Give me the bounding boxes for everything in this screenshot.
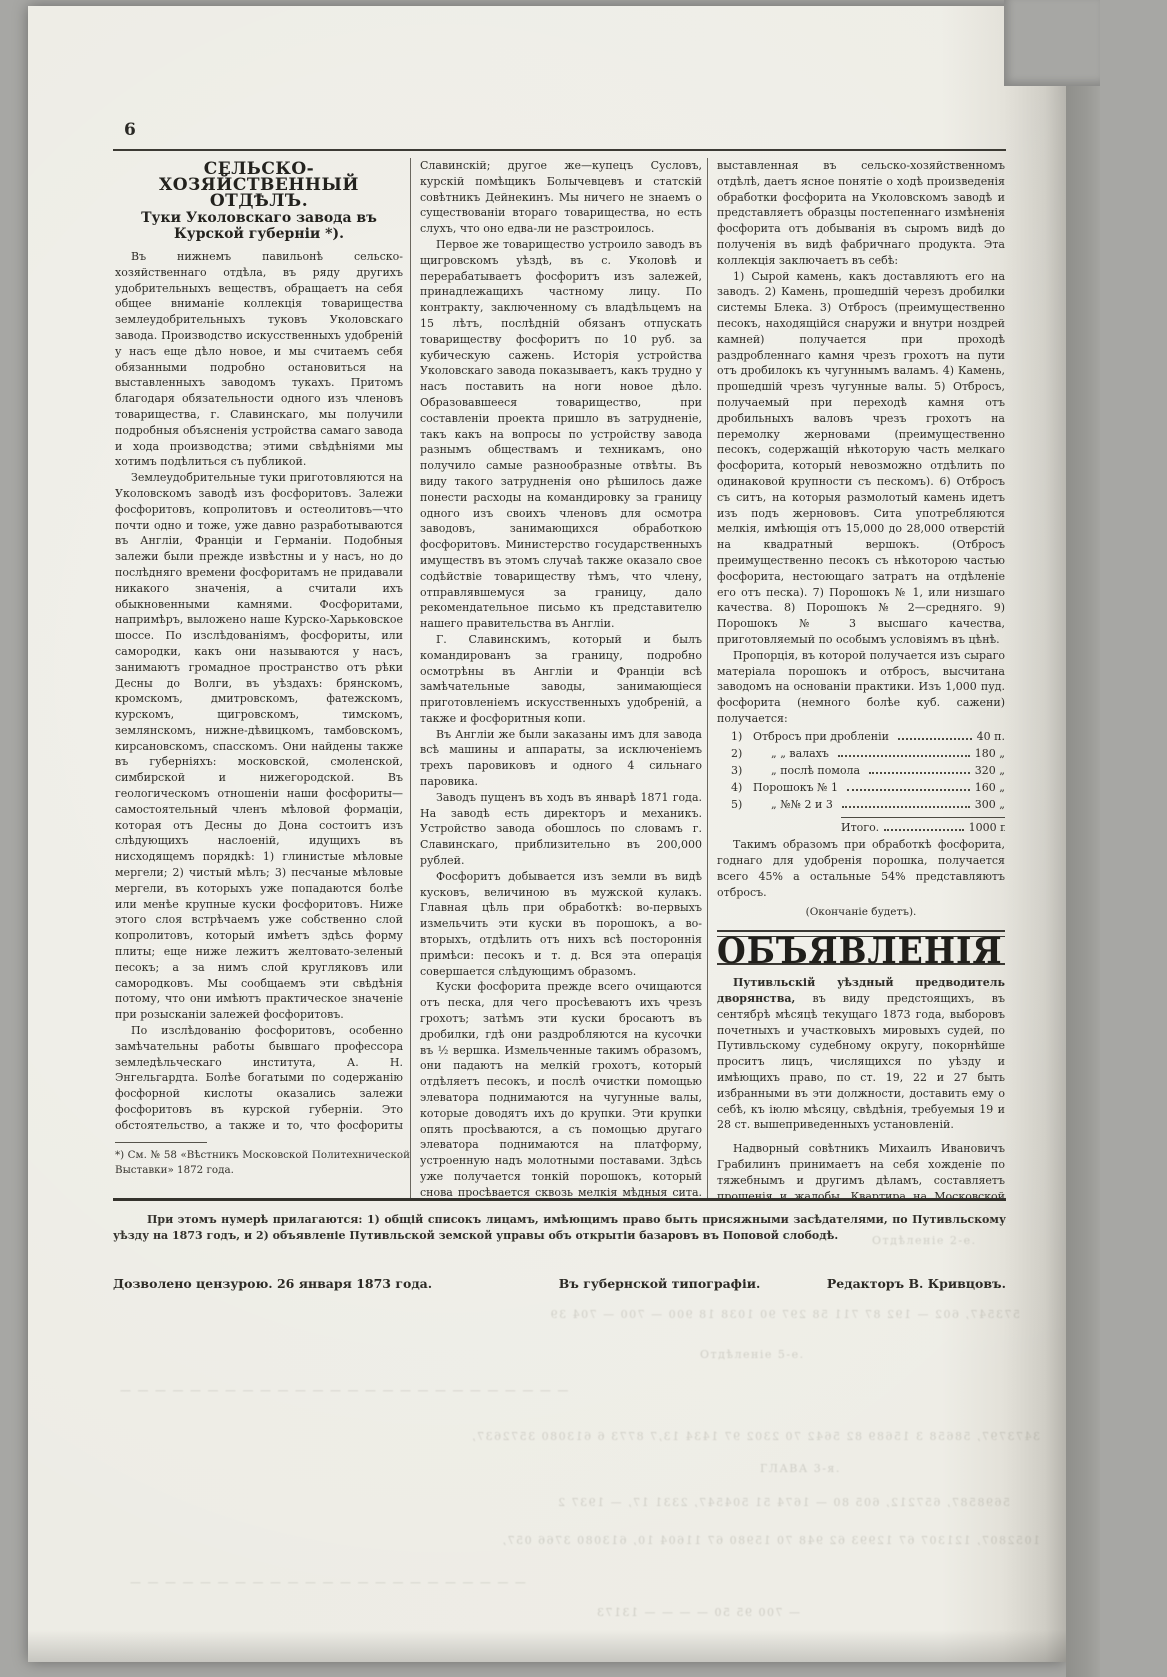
showthrough-line: ГЛАВА 3-я. (760, 1462, 920, 1475)
showthrough-line: 573547, 602 — 192 87 711 58 297 90 1038 … (140, 1308, 1020, 1321)
page-number: 6 (124, 120, 136, 140)
yield-row-value: 180 „ (975, 746, 1005, 762)
dot-leader (847, 789, 970, 791)
dot-leader (842, 806, 970, 808)
editor-name: Редакторъ В. Кривцовъ. (827, 1276, 1006, 1291)
article-paragraph: Пропорція, въ которой получается изъ сыр… (717, 648, 1005, 727)
yield-row-number: 1) (731, 729, 753, 745)
yield-row-number: 4) (731, 780, 753, 796)
section-title: СЕЛЬСКО-ХОЗЯЙСТВЕННЫЙ ОТДѢЛЪ. (115, 162, 403, 209)
showthrough-line: 3473797, 58658 3 15689 82 5642 70 2302 9… (140, 1430, 1040, 1443)
yield-total-row: Итого. 1000 п. (841, 820, 1005, 836)
showthrough-line: — — — — — — — — — — — — — — — — — — — — … (130, 1576, 1010, 1589)
yield-row: 5) „ №№ 2 и 3 300 „ (731, 797, 1005, 814)
showthrough-line: — — — — — — — — — — — — — — — — — — — — … (120, 1384, 1040, 1397)
column-divider-1 (410, 158, 411, 1198)
article-paragraph: Въ Англіи же были заказаны имъ для завод… (420, 727, 702, 790)
showthrough-line: Отдѣленіе 5-е. (700, 1348, 900, 1361)
yield-row-value: 40 п. (977, 729, 1005, 745)
article-paragraph: Такимъ образомъ при обработкѣ фосфорита,… (717, 837, 1005, 900)
article-paragraph: Землеудобрительные туки приготовляются н… (115, 470, 403, 1023)
dot-leader (898, 738, 972, 740)
footnote-rule (115, 1142, 207, 1143)
column-middle: Славинскій; другое же—купецъ Сусловъ, ку… (420, 158, 702, 1198)
page-corner-notch (1004, 0, 1100, 86)
article-footnote: *) См. № 58 «Вѣстникъ Московской Политех… (115, 1148, 410, 1177)
dot-leader (869, 772, 970, 774)
showthrough-line: — 700 95 50 — — — — 13173 (300, 1606, 800, 1619)
announcement-text: Надворный совѣтникъ Михаилъ Ивановичъ Гр… (717, 1142, 1005, 1198)
article-paragraph: Заводъ пущенъ въ ходъ въ январѣ 1871 год… (420, 790, 702, 869)
top-rule (113, 149, 1006, 151)
yield-row: 1) Отбросъ при дробленіи 40 п. (731, 729, 1005, 746)
yield-row-number: 2) (731, 746, 753, 762)
showthrough-line: 5698587, 657212, 605 80 — 1674 51 504547… (150, 1496, 1010, 1509)
dot-leader (884, 829, 963, 831)
article-paragraph: Фосфоритъ добывается изъ земли въ видѣ к… (420, 869, 702, 980)
announcement: Путивльскій уѣздный предводитель дворянс… (717, 975, 1005, 1133)
article-paragraph: выставленная въ сельско-хозяйственномъ о… (717, 158, 1005, 269)
article-paragraph: Г. Славинскимъ, который и былъ командиро… (420, 632, 702, 727)
article-paragraph: 1) Сырой камень, какъ доставляютъ его на… (717, 269, 1005, 648)
article-paragraph: Куски фосфорита прежде всего очищаются о… (420, 979, 702, 1198)
imprint-line: Дозволено цензурою. 26 января 1873 года.… (113, 1276, 1006, 1291)
yield-total-value: 1000 п. (969, 820, 1005, 836)
ads-section-title: ОБЪЯВЛЕНІЯ. (717, 943, 1005, 960)
announcement-text: въ виду предстоящихъ, въ сентябрѣ мѣсяцѣ… (717, 992, 1005, 1131)
showthrough-line: 1052807, 121307 67 12993 62 948 70 15980… (140, 1534, 1040, 1547)
article-paragraph: По изслѣдованію фосфоритовъ, особенно за… (115, 1023, 403, 1136)
dot-leader (838, 755, 970, 757)
showthrough-line: Отдѣленіе 2-е. (872, 1234, 1022, 1247)
yield-row: 2) „ „ валахъ 180 „ (731, 746, 1005, 763)
article-title: Туки Уколовскаго завода въ Курской губер… (115, 211, 403, 243)
yield-row: 4) Порошокъ № 1 160 „ (731, 780, 1005, 797)
yield-row-value: 300 „ (975, 797, 1005, 813)
censor-approval: Дозволено цензурою. 26 января 1873 года. (113, 1276, 432, 1291)
yield-row-label: Порошокъ № 1 (753, 780, 842, 796)
yield-row-label: Отбросъ при дробленіи (753, 729, 893, 745)
column-left: СЕЛЬСКО-ХОЗЯЙСТВЕННЫЙ ОТДѢЛЪ. Туки Уколо… (115, 158, 403, 1136)
article-paragraph: Славинскій; другое же—купецъ Сусловъ, ку… (420, 158, 702, 237)
announcement: Надворный совѣтникъ Михаилъ Ивановичъ Гр… (717, 1141, 1005, 1198)
article-paragraph: Въ нижнемъ павильонѣ сельско-хозяйственн… (115, 249, 403, 470)
yield-row-value: 320 „ (975, 763, 1005, 779)
paper-bottom-shadow (28, 1630, 1066, 1662)
yield-total-label: Итого. (841, 820, 879, 836)
yield-row-value: 160 „ (975, 780, 1005, 796)
printing-house: Въ губернской типографіи. (499, 1276, 761, 1291)
yield-row: 3) „ послѣ помола 320 „ (731, 763, 1005, 780)
to-be-continued: (Окончаніе будетъ). (717, 905, 1005, 921)
yield-row-number: 3) (731, 763, 753, 779)
total-rule (841, 817, 1005, 818)
scanned-newspaper-page: { "page": { "number": "6", "supplement_n… (0, 0, 1167, 1677)
scan-edge-strip (1066, 0, 1100, 1677)
yield-row-label: „ послѣ помола (753, 763, 864, 779)
yield-row-number: 5) (731, 797, 753, 813)
column-divider-2 (707, 158, 708, 1198)
yield-table: 1) Отбросъ при дробленіи 40 п. 2) „ „ ва… (731, 729, 1005, 836)
article-paragraph: Первое же товарищество устроило заводъ в… (420, 237, 702, 632)
yield-row-label: „ №№ 2 и 3 (753, 797, 837, 813)
column-right: выставленная въ сельско-хозяйственномъ о… (717, 158, 1005, 1198)
yield-row-label: „ „ валахъ (753, 746, 833, 762)
bottom-rule (113, 1198, 1006, 1201)
